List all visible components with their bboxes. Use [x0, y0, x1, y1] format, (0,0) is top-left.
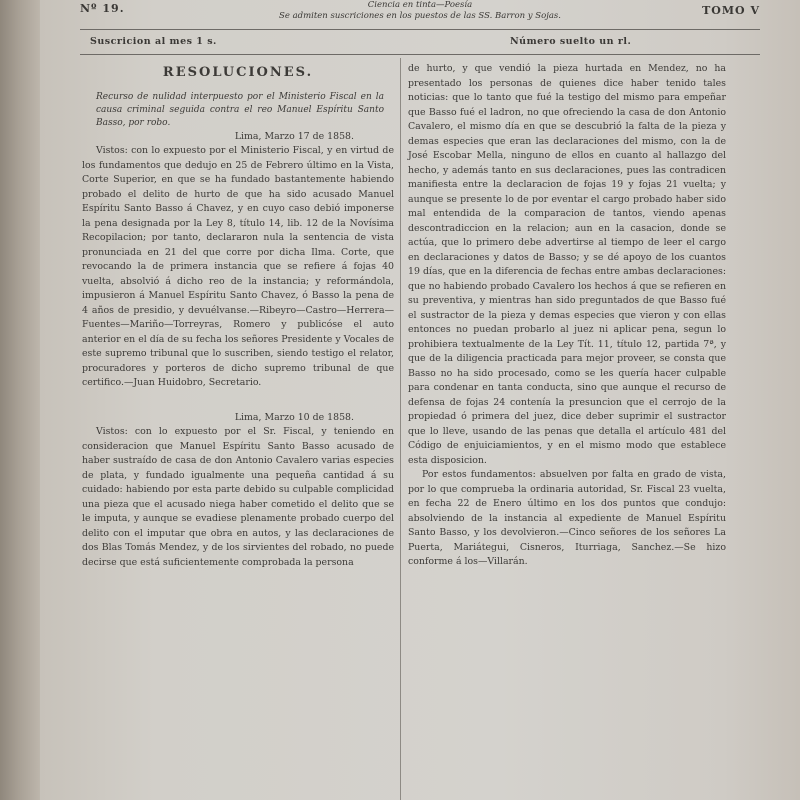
masthead: Nº 19. Ciencia en tinta—Poesía Se admite… — [80, 0, 760, 28]
resolution-2-continued: de hurto, y que vendió la pieza hurtada … — [408, 62, 726, 468]
volume-label: TOMO V — [702, 4, 760, 17]
dateline-2: Lima, Marzo 10 de 1858. — [82, 411, 394, 426]
single-issue-price: Número suelto un rl. — [510, 36, 631, 47]
subscription-price: Suscricion al mes 1 s. — [90, 36, 217, 47]
issue-number: Nº 19. — [80, 2, 125, 15]
section-title: RESOLUCIONES. — [82, 66, 394, 81]
right-column: de hurto, y que vendió la pieza hurtada … — [408, 62, 726, 570]
column-divider — [400, 58, 401, 800]
masthead-center: Ciencia en tinta—Poesía Se admiten suscr… — [170, 0, 670, 22]
newspaper-page: Nº 19. Ciencia en tinta—Poesía Se admite… — [40, 0, 800, 800]
book-binding — [0, 0, 40, 800]
section-summary: Recurso de nulidad interpuesto por el Mi… — [82, 91, 394, 130]
masthead-rule — [80, 29, 760, 30]
subheader-rule — [80, 54, 760, 55]
resolution-1-text: Vistos: con lo expuesto por el Ministeri… — [82, 144, 394, 391]
masthead-line-1: Ciencia en tinta—Poesía — [170, 0, 670, 11]
resolution-2-text: Vistos: con lo expuesto por el Sr. Fisca… — [82, 425, 394, 570]
resolution-2-verdict: Por estos fundamentos: absuelven por fal… — [408, 468, 726, 570]
dateline-1: Lima, Marzo 17 de 1858. — [82, 130, 394, 145]
left-column: RESOLUCIONES. Recurso de nulidad interpu… — [82, 62, 394, 570]
masthead-line-2: Se admiten suscriciones en los puestos d… — [170, 11, 670, 22]
